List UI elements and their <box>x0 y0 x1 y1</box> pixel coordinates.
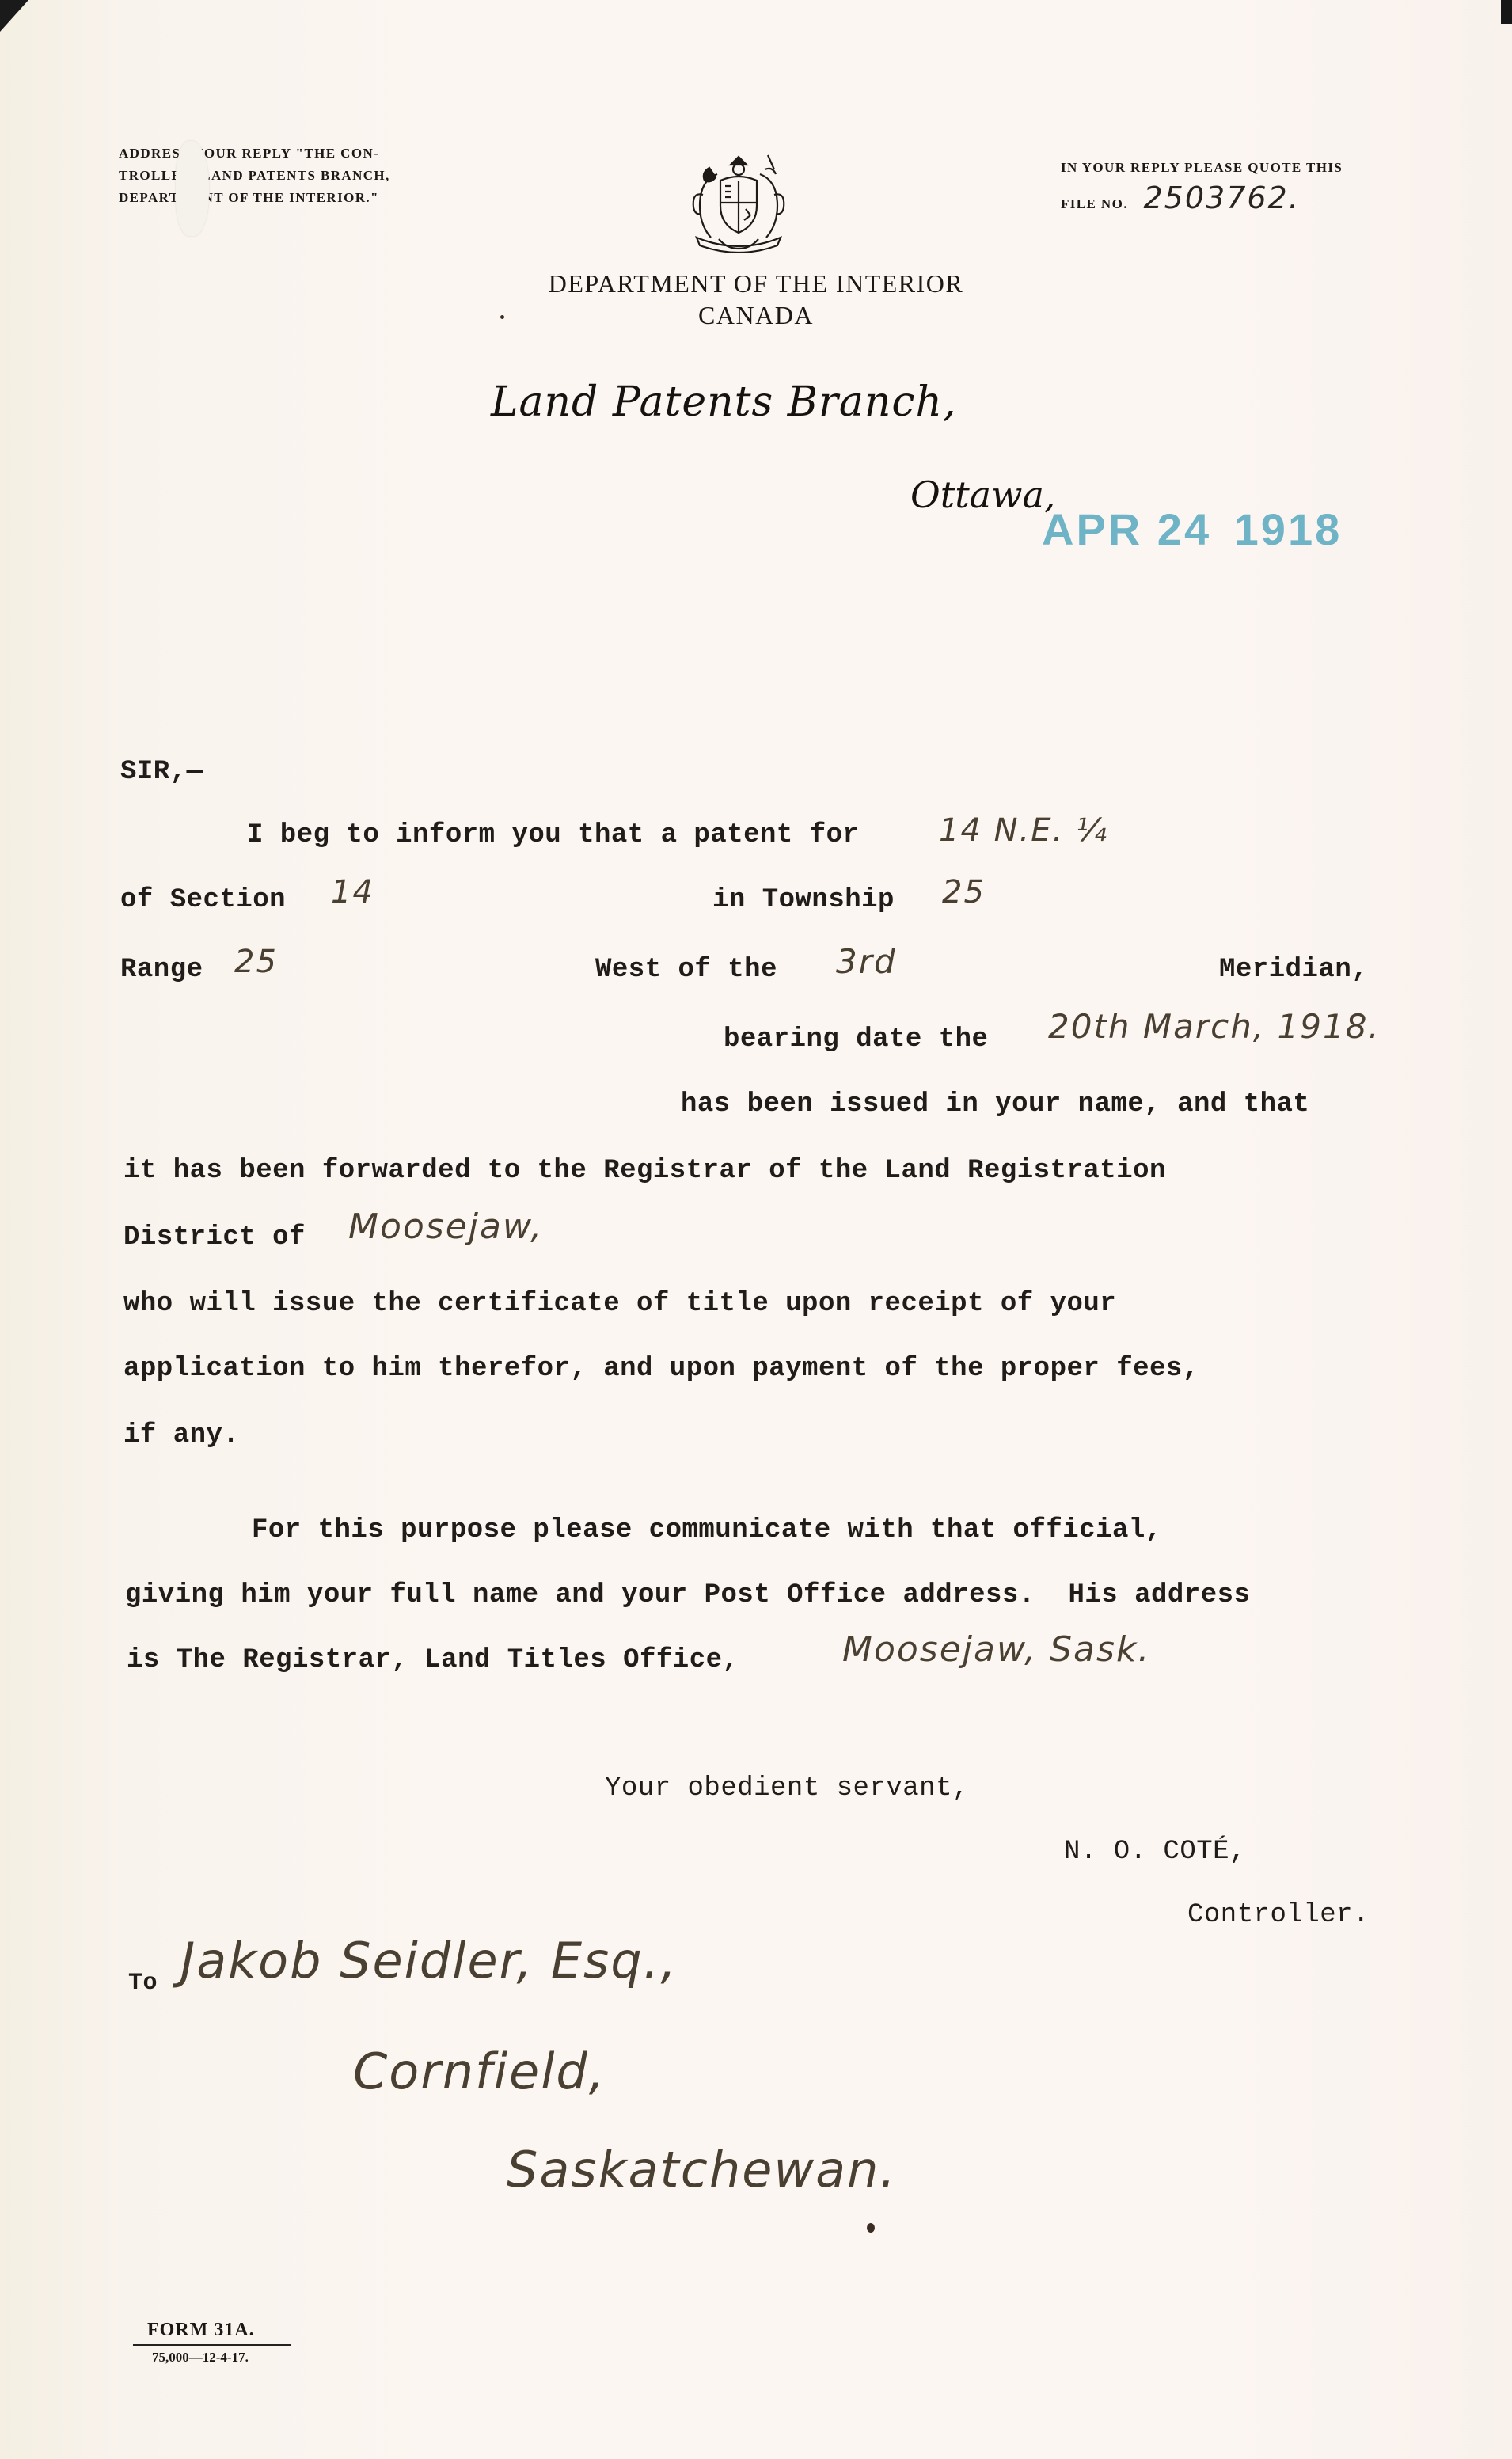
quote-label: IN YOUR REPLY PLEASE QUOTE THIS <box>1061 160 1343 175</box>
bearing-date-label: bearing date the <box>724 1024 988 1055</box>
ink-blot <box>867 2223 875 2233</box>
parcel-description: 14 N.E. ¼ <box>939 812 1108 849</box>
district-label: District of <box>123 1222 306 1252</box>
section-value: 14 <box>331 874 374 910</box>
body-line-issue: who will issue the certificate of title … <box>123 1289 1116 1319</box>
reply-instruction-line: TROLLER, LAND PATENTS BRANCH, <box>119 165 390 187</box>
meridian-value: 3rd <box>836 942 897 981</box>
range-label: Range <box>120 955 203 985</box>
body-line-if-any: if any. <box>123 1420 239 1450</box>
reply-instruction-line: DEPARTMENT OF THE INTERIOR." <box>119 187 390 209</box>
registrar-location: Moosejaw, Sask. <box>842 1629 1150 1670</box>
body-line-1: I beg to inform you that a patent for <box>247 820 859 850</box>
place-name: Ottawa, <box>910 473 1056 516</box>
body-line-forwarded: it has been forwarded to the Registrar o… <box>123 1156 1166 1186</box>
royal-coat-of-arms-icon <box>679 150 798 253</box>
file-number: 2503762. <box>1144 181 1300 215</box>
reply-instruction: ADDRESS YOUR REPLY "THE CON- TROLLER, LA… <box>119 143 390 209</box>
west-of-label: West of the <box>595 955 777 985</box>
print-run: 75,000—12-4-17. <box>152 2350 249 2366</box>
stamp-year: 1918 <box>1234 504 1343 554</box>
quote-file-label: IN YOUR REPLY PLEASE QUOTE THIS <box>1061 157 1343 179</box>
salutation: SIR,— <box>120 757 203 787</box>
date-stamp: APR 24 1918 <box>1042 504 1342 555</box>
file-no-label: FILE NO. <box>1061 196 1128 211</box>
file-number-row: FILE NO. 2503762. <box>1061 181 1300 215</box>
country-name: CANADA <box>439 299 1073 331</box>
ink-speck <box>500 315 504 319</box>
bearing-date-value: 20th March, 1918. <box>1048 1007 1381 1046</box>
body-line-giving: giving him your full name and your Post … <box>125 1580 1250 1610</box>
meridian-label: Meridian, <box>1219 955 1368 985</box>
body-line-application: application to him therefor, and upon pa… <box>123 1354 1199 1384</box>
township-value: 25 <box>942 874 986 910</box>
department-heading: DEPARTMENT OF THE INTERIOR CANADA <box>439 268 1073 331</box>
paper-tear <box>176 141 209 236</box>
district-value: Moosejaw, <box>348 1207 543 1247</box>
section-label: of Section <box>120 885 286 915</box>
scan-edge <box>1501 0 1512 24</box>
addressee-province: Saskatchewan. <box>507 2141 897 2199</box>
form-number: FORM 31A. <box>147 2320 255 2341</box>
addressee-town: Cornfield, <box>353 2043 606 2100</box>
form-rule <box>133 2344 291 2346</box>
stamp-month-day: APR 24 <box>1042 504 1211 554</box>
to-label: To <box>128 1970 158 1997</box>
department-name: DEPARTMENT OF THE INTERIOR <box>439 268 1073 299</box>
signatory-title: Controller. <box>1187 1900 1370 1930</box>
valediction: Your obedient servant, <box>605 1773 969 1803</box>
addressee-name: Jakob Seidler, Esq., <box>180 1932 678 1990</box>
body-line-purpose: For this purpose please communicate with… <box>252 1515 1162 1545</box>
branch-name: Land Patents Branch, <box>491 378 956 426</box>
range-value: 25 <box>234 944 278 980</box>
reply-instruction-line: ADDRESS YOUR REPLY "THE CON- <box>119 143 390 165</box>
body-line-registrar: is The Registrar, Land Titles Office, <box>127 1645 739 1675</box>
township-label: in Township <box>712 885 895 915</box>
body-line-issued: has been issued in your name, and that <box>681 1089 1309 1119</box>
signatory-name: N. O. COTÉ, <box>1064 1837 1246 1867</box>
